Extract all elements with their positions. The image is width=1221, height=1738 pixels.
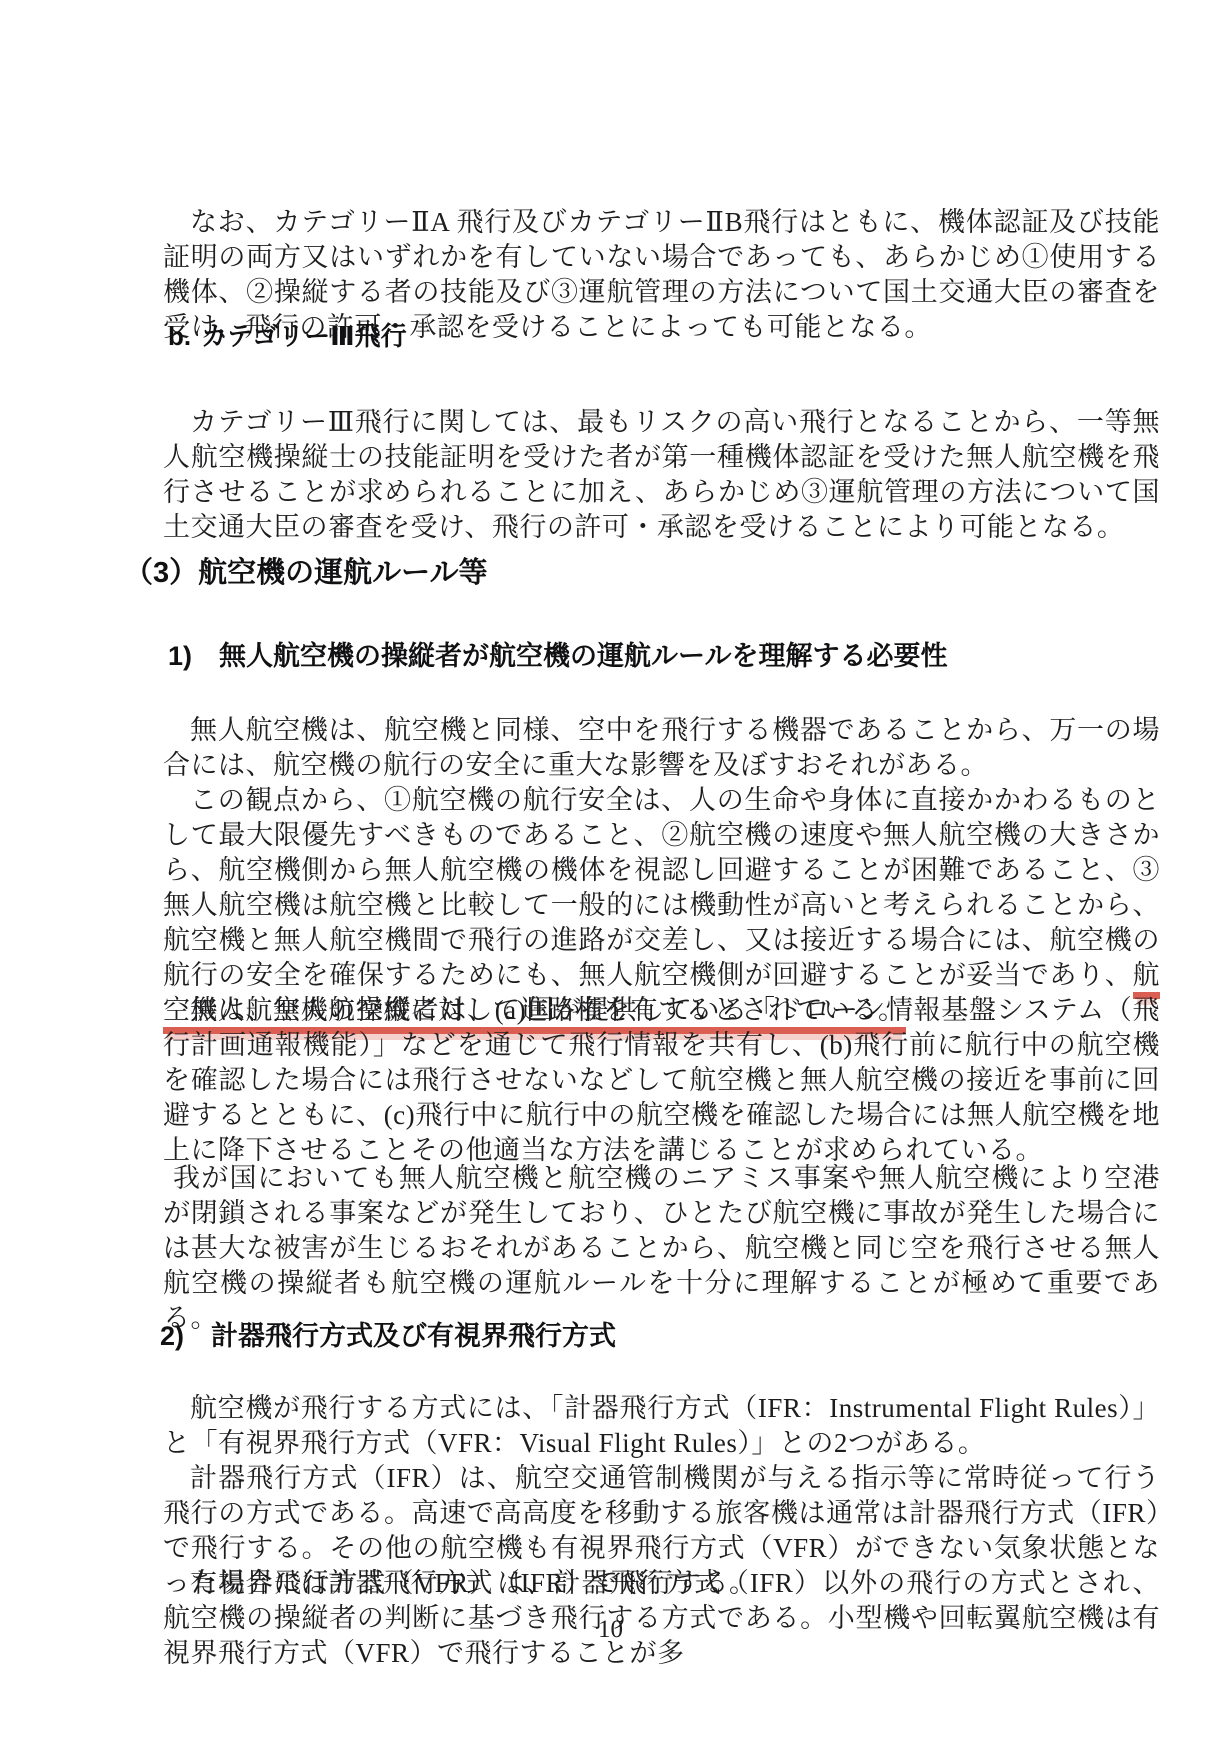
heading-category-3-flight: b. カテゴリーⅢ飛行 bbox=[168, 316, 407, 353]
section-number: 1) bbox=[168, 641, 192, 672]
paragraph-s1-4: 我が国においても無人航空機と航空機のニアミス事案や無人航空機により空港が閉鎖され… bbox=[163, 1161, 1160, 1336]
heading-section-1: 1) 無人航空機の操縦者が航空機の運航ルールを理解する必要性 bbox=[168, 634, 947, 673]
page-number: 10 bbox=[0, 1616, 1221, 1644]
paragraph-s1-2: この観点から、①航空機の航行安全は、人の生命や身体に直接かかわるものとして最大限… bbox=[163, 783, 1160, 1028]
section-number: 2) bbox=[160, 1321, 184, 1352]
paragraph-s2-1: 航空機が飛行する方式には、「計器飛行方式（IFR：Instrumental Fl… bbox=[163, 1391, 1160, 1461]
heading-label: b. bbox=[168, 321, 191, 352]
paragraph-s1-1: 無人航空機は、航空機と同様、空中を飛行する機器であることから、万一の場合には、航… bbox=[163, 713, 1160, 783]
heading-aircraft-operation-rules: （3）航空機の運航ルール等 bbox=[124, 550, 488, 591]
heading-title: （3）航空機の運航ルール等 bbox=[124, 550, 488, 591]
paragraph-s1-3: 無人航空機の操縦者は、(a)国が提供している「ドローン情報基盤システム（飛行計画… bbox=[163, 993, 1160, 1168]
section-title: 計器飛行方式及び有視界飛行方式 bbox=[211, 1314, 616, 1353]
paragraph-category-3: カテゴリーⅢ飛行に関しては、最もリスクの高い飛行となることから、一等無人航空機操… bbox=[163, 405, 1160, 545]
document-page: なお、カテゴリーⅡA 飛行及びカテゴリーⅡB飛行はともに、機体認証及び技能証明の… bbox=[0, 0, 1221, 1738]
heading-title: カテゴリーⅢ飛行 bbox=[201, 316, 407, 353]
heading-section-2: 2) 計器飛行方式及び有視界飛行方式 bbox=[160, 1314, 616, 1353]
paragraph-s1-2-text: この観点から、①航空機の航行安全は、人の生命や身体に直接かかわるものとして最大限… bbox=[163, 785, 1160, 990]
section-title: 無人航空機の操縦者が航空機の運航ルールを理解する必要性 bbox=[219, 634, 947, 673]
